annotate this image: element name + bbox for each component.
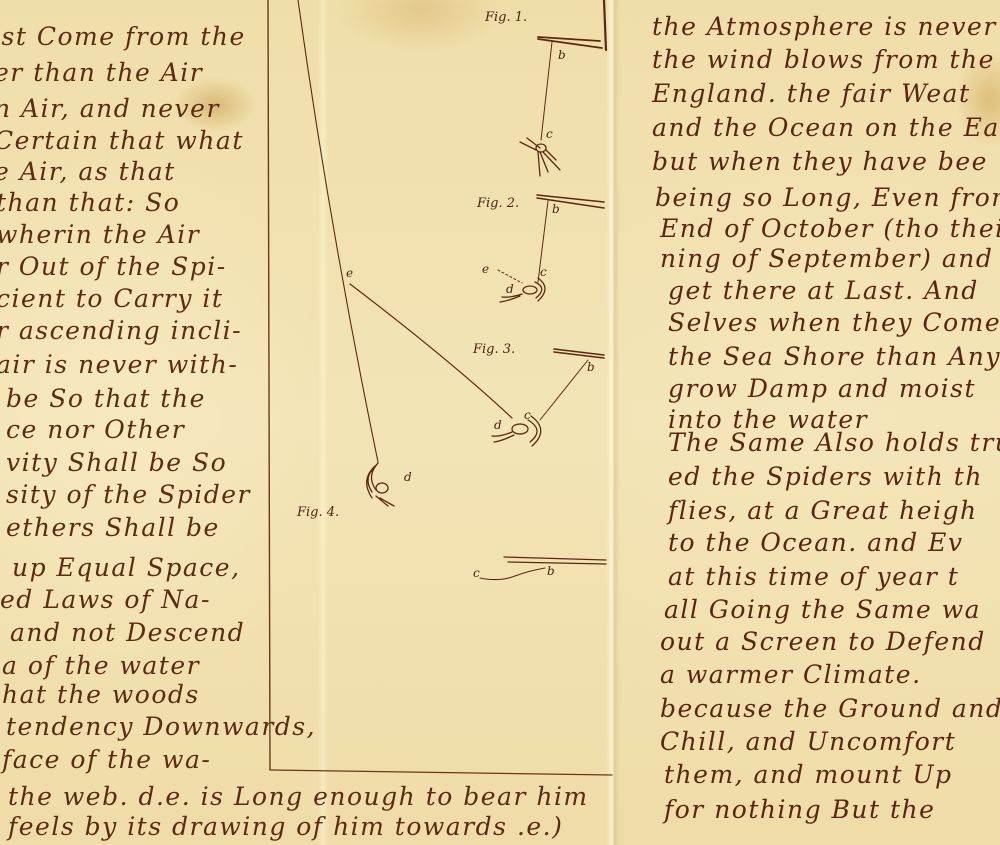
text-line: a warmer Climate. (660, 660, 922, 689)
point-label: c (546, 127, 553, 141)
text-line: The Same Also holds true (668, 428, 1000, 457)
text-line: being so Long, Even from (655, 183, 1000, 212)
text-line: flies, at a Great heigh (668, 496, 978, 525)
text-line: ed the Spiders with th (668, 462, 983, 491)
text-line: get there at Last. And (668, 276, 979, 305)
text-line: but when they have bee (652, 147, 988, 176)
text-line: the wind blows from the (652, 45, 995, 74)
text-line: End of October (tho their (660, 214, 1000, 243)
point-label: c (473, 566, 480, 580)
text-line: the Sea Shore than Any (668, 342, 1000, 371)
point-label: d (506, 282, 514, 296)
text-line: Selves when they Come t (668, 308, 1000, 337)
figure-label-1: Fig. 1. (485, 10, 527, 25)
point-label: e (482, 262, 489, 276)
text-line: out a Screen to Defend (660, 627, 986, 656)
point-label: b (552, 202, 560, 216)
point-label: b (547, 564, 555, 578)
figure-label-2: Fig. 2. (477, 196, 519, 211)
point-label: b (587, 360, 595, 374)
point-label: b (558, 48, 566, 62)
text-line: to the Ocean. and Ev (668, 528, 963, 557)
point-label: c (524, 408, 531, 422)
figure-label-4: Fig. 4. (297, 505, 339, 520)
point-label: c (540, 265, 547, 279)
point-label: e (346, 266, 353, 280)
point-label: d (404, 470, 412, 484)
text-line: and the Ocean on the Ea (652, 113, 1000, 142)
text-line: for nothing But the (664, 795, 935, 824)
text-line: Chill, and Uncomfort (660, 727, 956, 756)
figure-label-3: Fig. 3. (473, 342, 515, 357)
text-line: grow Damp and moist (668, 374, 976, 403)
text-line: them, and mount Up (664, 760, 953, 789)
text-line: the Atmosphere is never (652, 12, 997, 41)
text-line: ning of September) and (660, 244, 993, 273)
point-label: d (494, 418, 502, 432)
text-line: England. the fair Weat (652, 79, 971, 108)
text-line: at this time of year t (668, 562, 959, 591)
text-line: all Going the Same wa (664, 595, 981, 624)
text-line: because the Ground and t (660, 694, 1000, 723)
